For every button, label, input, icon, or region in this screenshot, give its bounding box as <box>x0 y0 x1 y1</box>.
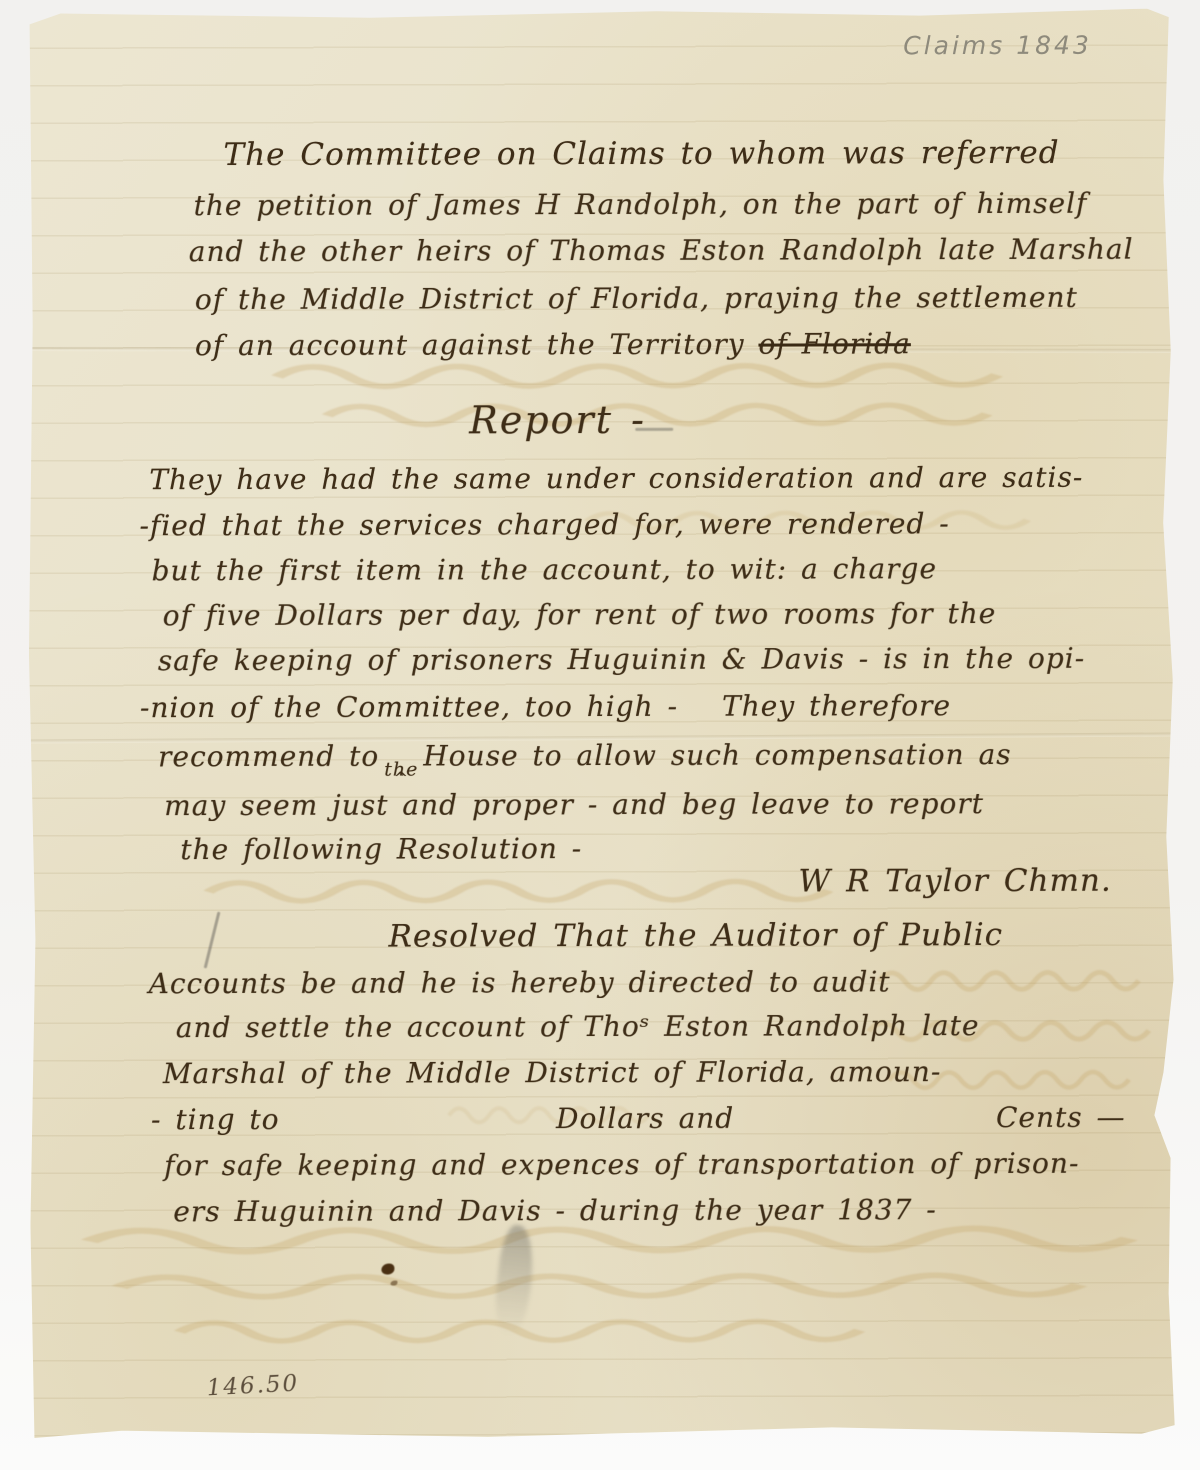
handwritten-line-body-5: safe keeping of prisoners Huguinin & Dav… <box>158 642 1085 678</box>
handwritten-line-insertion: recommend tothe^House to allow such comp… <box>158 738 1012 785</box>
chairman-signature: W R Taylor Chmn. <box>798 863 1111 901</box>
docket-number: 146.50 <box>206 1370 300 1401</box>
handwritten-line-resolution-3: and settle the account of Thoˢ Eston Ran… <box>176 1009 980 1045</box>
amount-part-cents: Cents — <box>996 1101 1126 1135</box>
handwritten-line-opening-2: the petition of James H Randolph, on the… <box>194 187 1088 223</box>
amount-part-ting-to: - ting to <box>151 1103 280 1137</box>
ink-blot <box>381 1264 394 1275</box>
handwritten-line-opening-4: of the Middle District of Florida, prayi… <box>195 281 1078 317</box>
archival-note-pencil: Claims 1843 <box>903 31 1092 60</box>
handwritten-line-opening-1: The Committee on Claims to whom was refe… <box>223 135 1059 174</box>
handwritten-line-resolution-2: Accounts be and he is hereby directed to… <box>149 965 891 1001</box>
handwritten-line-resolution-4: Marshal of the Middle District of Florid… <box>163 1055 942 1091</box>
handwritten-line-body-1: They have had the same under considerati… <box>149 461 1083 497</box>
handwritten-line-opening-3: and the other heirs of Thomas Eston Rand… <box>189 233 1134 269</box>
struck-through-words: of Florida <box>758 327 910 360</box>
amount-part-dollars: Dollars and <box>556 1102 734 1136</box>
handwritten-line-body-7: may seem just and proper - and beg leave… <box>164 787 984 823</box>
handwritten-line-body-3: but the first item in the account, to wi… <box>152 552 937 588</box>
handwritten-line-body-2: -fied that the services charged for, wer… <box>139 507 949 543</box>
handwritten-line-body-4: of five Dollars per day, for rent of two… <box>163 597 997 633</box>
report-heading: Report - <box>469 398 646 444</box>
insertion-after: House to allow such compensation as <box>423 738 1011 773</box>
handwritten-line-closing-2: ers Huguinin and Davis - during the year… <box>173 1193 937 1229</box>
handwritten-line-opening-5: of an account against the Territory of F… <box>195 327 911 362</box>
pencil-slash-mark <box>204 912 221 969</box>
opening-5-text: of an account against the Territory <box>195 328 759 362</box>
handwritten-line-resolution-1: Resolved That the Auditor of Public <box>389 917 1004 956</box>
handwritten-line-body-8: the following Resolution - <box>180 832 582 867</box>
handwritten-line-amount-blanks: - ting to Dollars and Cents — <box>151 1101 1151 1144</box>
scanner-background: Claims 1843 The Committee on Claims to w… <box>0 0 1200 1470</box>
insertion-before: recommend to <box>158 740 379 774</box>
grey-smudge-stain <box>491 1224 538 1337</box>
caret-mark: ^ <box>394 775 409 784</box>
insertion-stack: the^ <box>384 764 418 784</box>
document-page: Claims 1843 The Committee on Claims to w… <box>26 9 1176 1440</box>
handwritten-line-body-6: -nion of the Committee, too high - They … <box>140 689 951 725</box>
handwritten-line-closing-1: for safe keeping and expences of transpo… <box>164 1147 1079 1183</box>
